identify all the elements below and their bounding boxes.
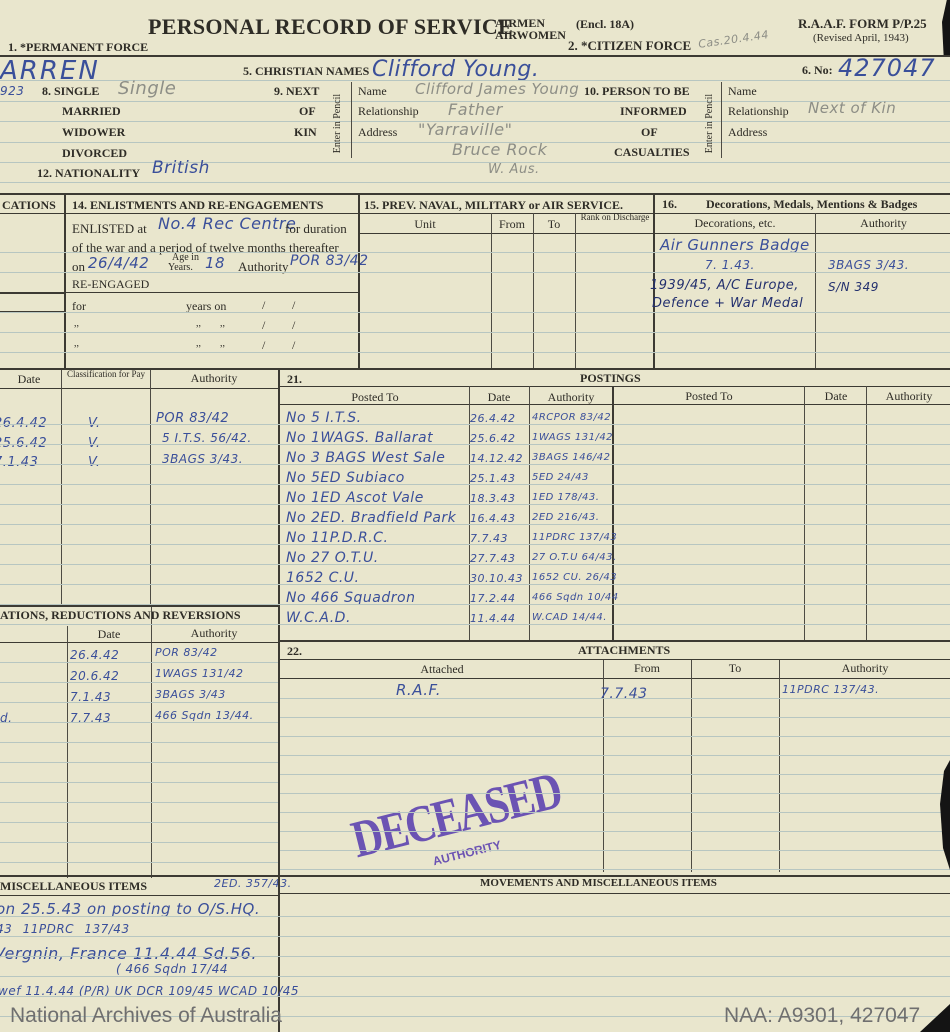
- nationality-value: British: [152, 158, 210, 178]
- pay-class: V.: [88, 455, 101, 470]
- posting-authority: 2ED 216/43.: [532, 512, 599, 523]
- bracket: [721, 82, 722, 158]
- promotion-authority: 1WAGS 131/42: [155, 667, 244, 680]
- rule: [0, 292, 64, 294]
- rule: [0, 976, 950, 977]
- rule: [280, 869, 950, 870]
- postings-number: 21.: [287, 372, 302, 387]
- col-pay-classification: Classification for Pay: [64, 369, 148, 379]
- rule: [280, 659, 950, 660]
- ditto-mark: ,,: [220, 318, 225, 329]
- rule: [280, 793, 950, 794]
- rule: [0, 742, 278, 743]
- ditto-mark: ,,: [74, 318, 79, 329]
- date-slash: /: [262, 338, 265, 353]
- misc-title-left: MISCELLANEOUS ITEMS: [0, 879, 147, 894]
- rule: [0, 682, 278, 683]
- service-number-value: 427047: [838, 54, 936, 82]
- attached-authority: 11PDRC 137/43.: [782, 683, 879, 696]
- nok-address-line2: Bruce Rock: [452, 140, 547, 159]
- promotion-authority: 466 Sqdn 13/44.: [155, 709, 254, 722]
- form-number: R.A.A.F. FORM P/P.25: [798, 16, 927, 32]
- widower-label: WIDOWER: [62, 125, 125, 140]
- col-promotion-date: Date: [68, 627, 150, 642]
- col-rank-on-discharge: Rank on Discharge: [578, 212, 652, 222]
- rule: [280, 698, 950, 699]
- person-to-inform-informed: INFORMED: [620, 104, 687, 119]
- christian-names-label: 5. CHRISTIAN NAMES: [243, 64, 369, 79]
- rule: [0, 624, 950, 625]
- column-divider: [533, 213, 534, 368]
- col-unit: Unit: [360, 217, 490, 232]
- reengaged-label: RE-ENGAGED: [72, 277, 149, 292]
- posting-authority: 27 O.T.U 64/43.: [532, 552, 617, 563]
- misc-line-4: ( 466 Sqdn 17/44: [116, 962, 228, 976]
- divorced-label: DIVORCED: [62, 146, 127, 161]
- rule: [0, 332, 950, 333]
- rule: [0, 252, 950, 253]
- service-record-page: PERSONAL RECORD OF SERVICE AIRMEN AIRWOM…: [0, 0, 950, 1032]
- ditto-mark: ,,: [196, 338, 201, 349]
- rule: [280, 386, 950, 387]
- torn-edge: [920, 1004, 950, 1032]
- rule: [280, 678, 950, 679]
- rule: [280, 831, 950, 832]
- attachments-title: ATTACHMENTS: [578, 643, 670, 658]
- decoration-row-3: 1939/45, A/C Europe,: [650, 278, 799, 293]
- posting-authority: 4RCPOR 83/42: [532, 412, 611, 423]
- person-to-inform-label: 10. PERSON TO BE: [584, 84, 690, 99]
- column-divider: [491, 213, 492, 368]
- rule: [0, 464, 950, 465]
- decoration-authority-row-3: S/N 349: [828, 280, 879, 294]
- nok-name-label: Name: [358, 84, 387, 99]
- person-to-inform-casualties: CASUALTIES: [614, 145, 690, 160]
- column-divider: [691, 660, 692, 872]
- pti-relationship-label: Relationship: [728, 104, 789, 119]
- postings-title: POSTINGS: [580, 371, 641, 386]
- col-attached: Attached: [282, 662, 602, 677]
- misc-line-2: 43 11PDRC 137/43: [0, 922, 130, 936]
- column-divider: [815, 213, 816, 368]
- posting-authority: 1WAGS 131/42: [532, 432, 613, 443]
- rule: [0, 642, 278, 643]
- col-posted-to-2: Posted To: [614, 389, 804, 404]
- next-of-kin-label: 9. NEXT: [274, 84, 319, 99]
- col-pay-authority: Authority: [152, 371, 276, 386]
- col-posting-date-2: Date: [806, 389, 866, 404]
- page-title: PERSONAL RECORD OF SERVICE: [148, 14, 513, 40]
- rule: [280, 812, 950, 813]
- decorations-title: Decorations, Medals, Mentions & Badges: [706, 197, 917, 212]
- enlisted-at-label: ENLISTED at: [72, 221, 147, 237]
- col-posting-date: Date: [470, 390, 528, 405]
- rule: [653, 233, 950, 234]
- rule: [0, 762, 278, 763]
- prev-service-title: 15. PREV. NAVAL, MILITARY or AIR SERVICE…: [364, 198, 623, 213]
- col-promotion-authority: Authority: [152, 626, 276, 641]
- divider: [280, 640, 950, 642]
- pti-name-label: Name: [728, 84, 757, 99]
- single-label: 8. SINGLE: [42, 84, 99, 99]
- rule: [0, 604, 950, 605]
- promotion-authority: POR 83/42: [155, 646, 218, 659]
- column-divider: [67, 626, 68, 878]
- misc-line-3: Vergnin, France 11.4.44 Sd.56.: [0, 944, 257, 963]
- rule: [280, 774, 950, 775]
- divider: [0, 193, 950, 195]
- date-slash: /: [262, 318, 265, 333]
- next-of-kin-label-of: OF: [299, 104, 316, 119]
- form-revised-date: (Revised April, 1943): [813, 32, 909, 44]
- column-divider: [64, 193, 66, 369]
- posting-authority: 3BAGS 146/42: [532, 452, 611, 463]
- enter-in-pencil-note-2: Enter in Pencil: [704, 94, 715, 153]
- posting-authority: 5ED 24/43: [532, 472, 589, 483]
- rule: [64, 292, 358, 293]
- rule: [280, 755, 950, 756]
- watermark-left: National Archives of Australia: [10, 1004, 282, 1028]
- divider: [0, 605, 278, 607]
- enclosure-label: (Encl. 18A): [576, 17, 634, 32]
- ditto-mark: ,,: [74, 338, 79, 349]
- rule: [0, 564, 950, 565]
- col-decorations: Decorations, etc.: [655, 216, 815, 231]
- col-posting-authority-2: Authority: [868, 389, 950, 404]
- enlisted-at-value: No.4 Rec Centre: [158, 214, 296, 233]
- rule: [653, 213, 950, 214]
- rule: [0, 484, 950, 485]
- posting-authority: W.CAD 14/44.: [532, 612, 607, 623]
- posting-authority: 1ED 178/43.: [532, 492, 599, 503]
- nok-relationship-label: Relationship: [358, 104, 419, 119]
- rule: [0, 956, 950, 957]
- for-duration-label: for duration: [285, 221, 347, 237]
- torn-edge: [942, 0, 950, 55]
- rule: [280, 736, 950, 737]
- col-from: From: [492, 217, 532, 232]
- marital-status-value: Single: [118, 78, 176, 99]
- enlistment-authority-value: POR 83/42: [290, 253, 369, 269]
- nok-address-line1: "Yarraville": [418, 120, 512, 139]
- decoration-row-2: 7. 1.43.: [705, 258, 755, 272]
- column-divider: [779, 660, 780, 872]
- rule: [0, 504, 950, 505]
- promotions-title: ATIONS, REDUCTIONS AND REVERSIONS: [0, 608, 241, 623]
- nationality-label: 12. NATIONALITY: [37, 166, 140, 181]
- airwomen-label: AIRWOMEN: [495, 29, 566, 41]
- decorations-number: 16.: [662, 197, 677, 212]
- nok-address-label: Address: [358, 125, 397, 140]
- person-to-inform-of: OF: [641, 125, 658, 140]
- movements-title: MOVEMENTS AND MISCELLANEOUS ITEMS: [480, 877, 717, 889]
- nok-relationship-value: Father: [448, 100, 503, 119]
- rule: [0, 996, 950, 997]
- rule: [0, 388, 278, 389]
- service-number-label: 6. No:: [802, 63, 833, 78]
- attachments-number: 22.: [287, 644, 302, 659]
- rule: [0, 272, 950, 273]
- rule: [0, 162, 950, 163]
- rule: [0, 182, 950, 183]
- col-attached-authority: Authority: [780, 661, 950, 676]
- rule: [0, 352, 950, 353]
- bracket: [351, 82, 352, 158]
- decoration-authority-row-2: 3BAGS 3/43.: [828, 258, 909, 272]
- torn-edge: [940, 760, 950, 870]
- promotion-authority: 3BAGS 3/43: [155, 688, 226, 701]
- posting-authority: 1652 CU. 26/43: [532, 572, 617, 583]
- col-attached-from: From: [604, 661, 690, 676]
- rule: [0, 782, 278, 783]
- pti-relationship-value: Next of Kin: [808, 99, 896, 117]
- col-pay-date: Date: [0, 372, 58, 387]
- rule: [0, 312, 950, 313]
- rule: [0, 702, 278, 703]
- watermark-right: NAA: A9301, 427047: [724, 1004, 920, 1028]
- rule: [0, 544, 950, 545]
- christian-names-value: Clifford Young.: [372, 57, 539, 82]
- ditto-mark: ,,: [220, 338, 225, 349]
- rule: [0, 916, 950, 917]
- citizen-force-label: 2. *CITIZEN FORCE: [568, 38, 691, 54]
- rule: [0, 424, 950, 425]
- date-slash: /: [292, 318, 295, 333]
- nok-address-line3: W. Aus.: [488, 162, 540, 177]
- rule: [0, 862, 278, 863]
- pti-address-label: Address: [728, 125, 767, 140]
- rule: [0, 842, 278, 843]
- enlistments-title: 14. ENLISTMENTS AND RE-ENGAGEMENTS: [72, 198, 323, 213]
- nok-name-value: Clifford James Young: [415, 80, 579, 98]
- rule: [280, 717, 950, 718]
- rule: [0, 822, 278, 823]
- decoration-row-4: Defence + War Medal: [652, 296, 803, 311]
- col-to: To: [534, 217, 574, 232]
- married-label: MARRIED: [62, 104, 121, 119]
- pay-authority: 5 I.T.S. 56/42.: [162, 431, 252, 445]
- pay-date: 7.1.43: [0, 455, 38, 470]
- enter-in-pencil-note: Enter in Pencil: [332, 94, 343, 153]
- rule: [0, 936, 950, 937]
- rule: [280, 850, 950, 851]
- col-posted-to: Posted To: [282, 390, 468, 405]
- date-slash: /: [292, 338, 295, 353]
- rule: [0, 444, 950, 445]
- col-decoration-authority: Authority: [817, 216, 950, 231]
- rule: [358, 233, 654, 234]
- rule: [0, 895, 278, 896]
- attached-from: 7.7.43: [600, 686, 648, 702]
- rule: [280, 404, 950, 405]
- date-slash: /: [292, 298, 295, 313]
- divider: [0, 875, 950, 877]
- age-value: 18: [205, 254, 225, 272]
- qualifications-title: CATIONS: [2, 198, 56, 213]
- rule: [0, 722, 278, 723]
- column-divider: [150, 370, 151, 605]
- rule: [0, 524, 950, 525]
- permanent-force-label: 1. *PERMANENT FORCE: [8, 40, 148, 55]
- col-attached-to: To: [692, 661, 778, 676]
- promotion-date: 26.4.42: [70, 648, 119, 662]
- enlistment-date: 26/4/42: [88, 254, 149, 272]
- citizen-force-value: Cas.20.4.44: [697, 28, 769, 51]
- posting-authority: 466 Sqdn 10/44: [532, 592, 619, 603]
- promotion-date: 20.6.42: [70, 669, 119, 683]
- ditto-mark: ,,: [196, 318, 201, 329]
- posting-authority: 11PDRC 137/43: [532, 532, 617, 543]
- column-divider: [575, 213, 576, 368]
- rule: [0, 802, 278, 803]
- date-slash: /: [262, 298, 265, 313]
- next-of-kin-label-kin: KIN: [294, 125, 317, 140]
- attached-unit: R.A.F.: [396, 681, 441, 699]
- surname-value: ARREN: [0, 56, 100, 86]
- rule: [0, 584, 950, 585]
- col-posting-authority: Authority: [530, 390, 612, 405]
- rule: [280, 893, 950, 894]
- rule: [0, 213, 64, 214]
- birth-year-fragment: 923: [0, 84, 24, 98]
- rule: [0, 662, 278, 663]
- column-divider: [61, 370, 62, 605]
